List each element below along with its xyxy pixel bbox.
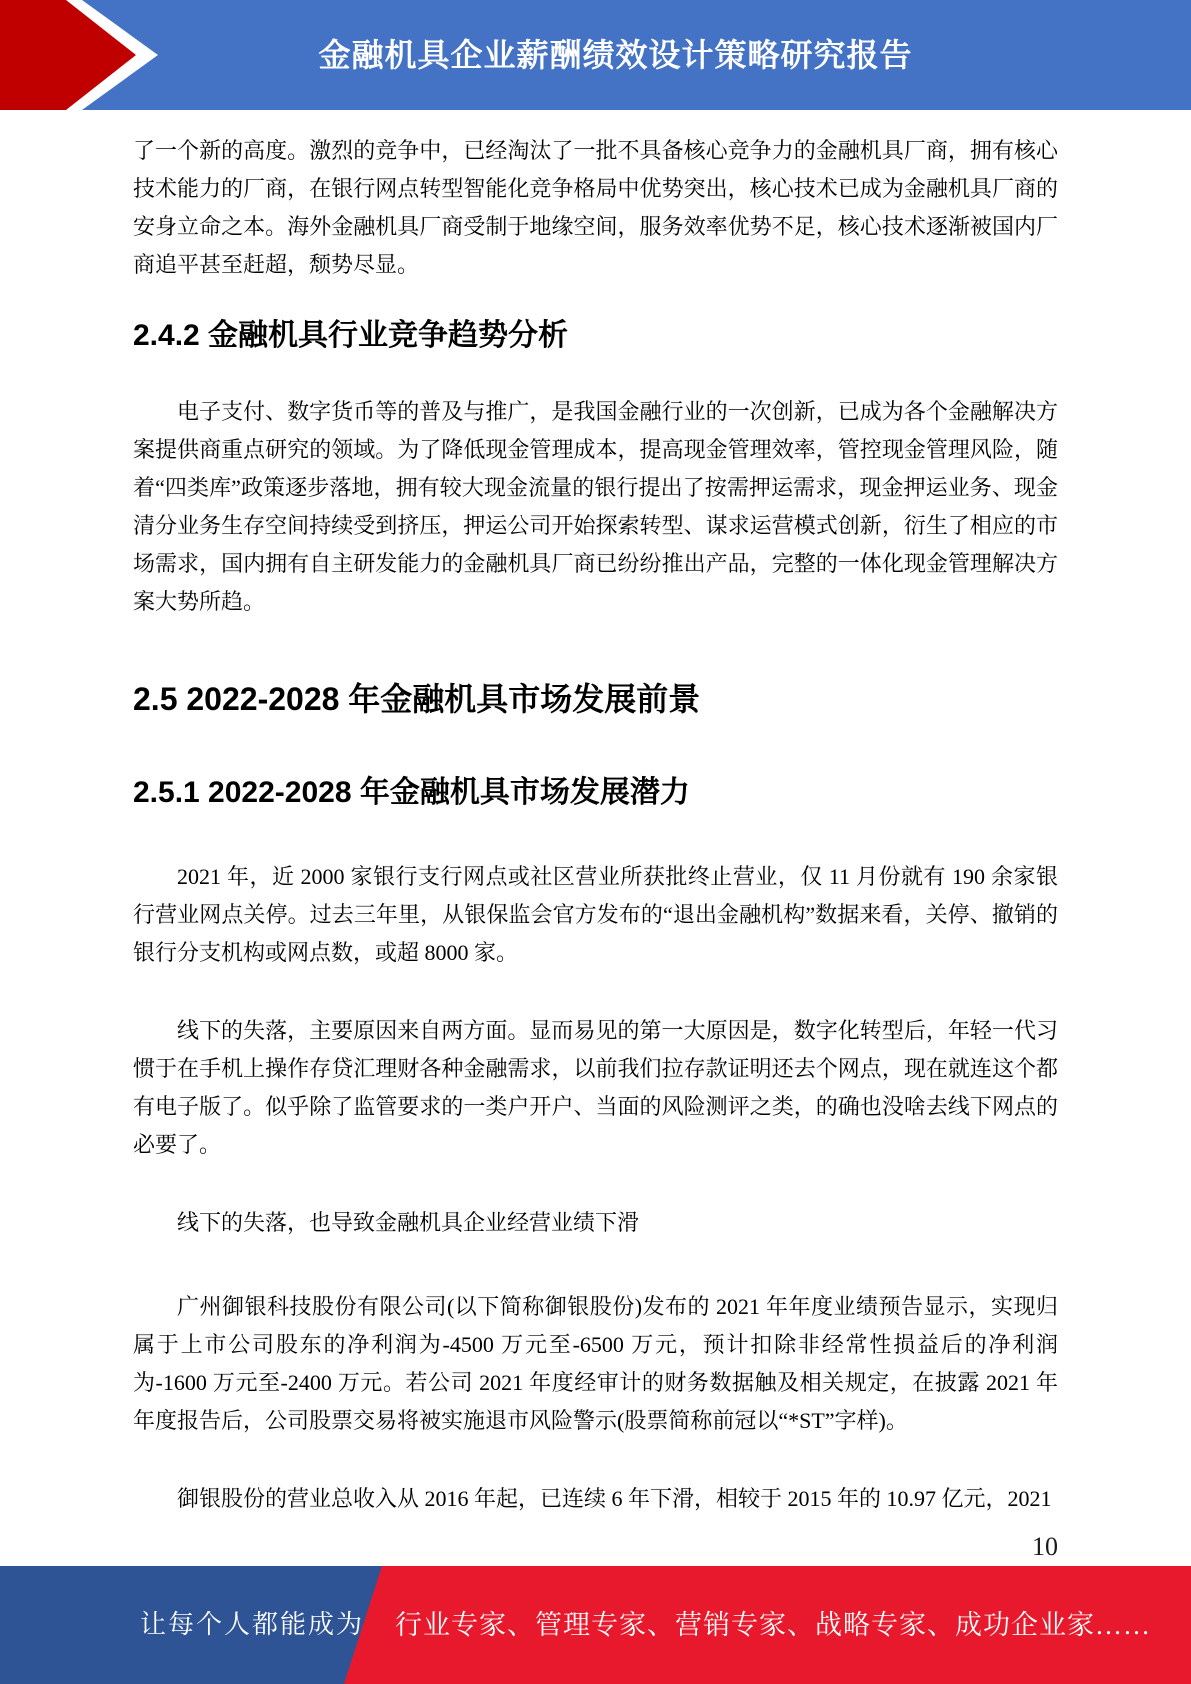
heading-2-5-1: 2.5.1 2022-2028 年金融机具市场发展潜力 (133, 773, 1058, 812)
paragraph: 2021 年，近 2000 家银行支行网点或社区营业所获批终止营业，仅 11 月… (133, 858, 1058, 972)
paragraph-continuation: 了一个新的高度。激烈的竞争中，已经淘汰了一批不具备核心竞争力的金融机具厂商，拥有… (133, 132, 1058, 284)
document-body: 了一个新的高度。激烈的竞争中，已经淘汰了一批不具备核心竞争力的金融机具厂商，拥有… (133, 132, 1058, 1564)
page-title: 金融机具企业薪酬绩效设计策略研究报告 (0, 0, 1191, 110)
page-number: 10 (133, 1530, 1058, 1564)
paragraph: 广州御银科技股份有限公司(以下简称御银股份)发布的 2021 年年度业绩预告显示… (133, 1288, 1058, 1440)
heading-2-5: 2.5 2022-2028 年金融机具市场发展前景 (133, 679, 1058, 721)
report-page: 金融机具企业薪酬绩效设计策略研究报告 了一个新的高度。激烈的竞争中，已经淘汰了一… (0, 0, 1191, 1684)
paragraph: 御银股份的营业总收入从 2016 年起，已连续 6 年下滑，相较于 2015 年… (133, 1480, 1058, 1518)
paragraph: 线下的失落，也导致金融机具企业经营业绩下滑 (133, 1204, 1058, 1242)
paragraph: 线下的失落，主要原因来自两方面。显而易见的第一大原因是，数字化转型后，年轻一代习… (133, 1012, 1058, 1164)
heading-2-4-2: 2.4.2 金融机具行业竞争趋势分析 (133, 316, 1058, 355)
footer-slogan-right: 行业专家、管理专家、营销专家、战略专家、成功企业家…… (395, 1566, 1151, 1684)
header-banner: 金融机具企业薪酬绩效设计策略研究报告 (0, 0, 1191, 110)
paragraph: 电子支付、数字货币等的普及与推广，是我国金融行业的一次创新，已成为各个金融解决方… (133, 393, 1058, 621)
footer-banner: 让每个人都能成为 行业专家、管理专家、营销专家、战略专家、成功企业家…… (0, 1566, 1191, 1684)
footer-slogan-left: 让每个人都能成为 (140, 1566, 364, 1684)
